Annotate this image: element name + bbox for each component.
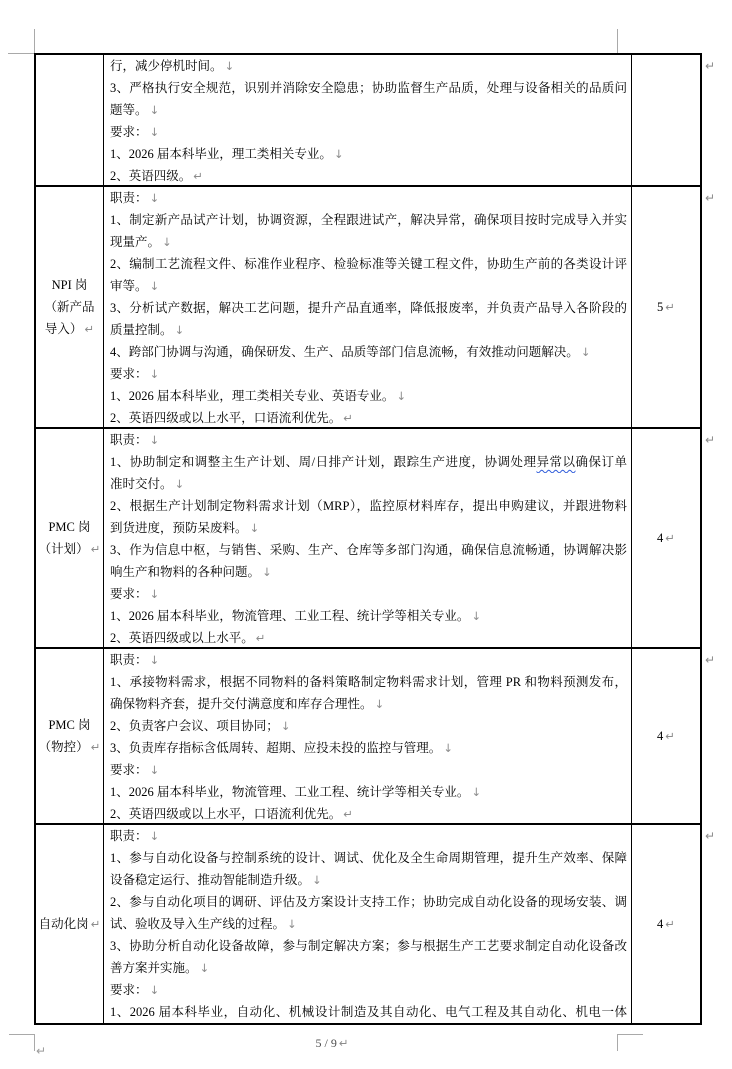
description-cell: 职责：↓1、承接物料需求，根据不同物料的备料策略制定物料需求计划，管理 PR 和…: [104, 649, 632, 823]
content-line: 1、2026 届本科毕业，物流管理、工业工程、统计学等相关专业。↓: [110, 781, 627, 803]
crop-mark-top-left-vertical: [34, 29, 35, 53]
line-break-icon: ↓: [581, 345, 591, 359]
content-line: 行，减少停机时间。↓: [110, 55, 627, 77]
line-break-icon: ↓: [150, 191, 160, 205]
table-row: PMC 岗（物控）↵职责：↓1、承接物料需求，根据不同物料的备料策略制定物料需求…: [36, 649, 700, 825]
crop-mark-bottom-right-horizontal: [617, 1034, 643, 1035]
position-label-line: PMC 岗: [48, 516, 90, 538]
content-line: 职责：↓: [110, 825, 627, 847]
content-line: 1、参与自动化设备与控制系统的设计、调试、优化及全生命周期管理，提升生产效率、保…: [110, 847, 627, 869]
crop-mark-top-right-vertical: [617, 29, 618, 53]
content-line: 职责：↓: [110, 649, 627, 671]
position-label-line: NPI 岗: [52, 274, 88, 296]
content-line: 3、作为信息中枢，与销售、采购、生产、仓库等多部门沟通，确保信息流畅通，协调解决…: [110, 539, 627, 561]
cell-end-icon: ↵: [343, 411, 353, 425]
cell-end-icon: ↵: [665, 296, 675, 318]
content-line: 要求：↓: [110, 583, 627, 605]
position-label-line: PMC 岗: [48, 714, 90, 736]
content-text: 1、协助制定和调整主生产计划、周/日排产计划，跟踪生产进度，协调处理: [110, 455, 537, 469]
content-line: 3、负责库存指标含低周转、超期、应投未投的监控与管理。↓: [110, 737, 627, 759]
job-table: 行，减少停机时间。↓3、严格执行安全规范，识别并消除安全隐患；协助监督生产品质，…: [34, 53, 702, 1025]
line-break-icon: ↓: [150, 125, 160, 139]
content-line: 3、协助分析自动化设备故障，参与制定解决方案；参与根据生产工艺要求制定自动化设备…: [110, 935, 627, 957]
table-row: NPI 岗（新产品导入）↵职责：↓1、制定新产品试产计划，协调资源，全程跟进试产…: [36, 187, 700, 429]
row-end-icon: ↵: [705, 58, 715, 74]
headcount-cell: 4↵: [632, 825, 700, 1023]
content-line: 职责：↓: [110, 429, 627, 451]
line-break-icon: ↓: [443, 741, 453, 755]
crop-mark-top-left-horizontal: [8, 53, 34, 54]
page-footer: 5 / 9↵: [36, 1036, 628, 1051]
line-break-icon: ↓: [150, 433, 160, 447]
position-label-cell: 自动化岗↵: [36, 825, 104, 1023]
cell-end-icon: ↵: [256, 631, 266, 645]
headcount-value: 4: [657, 725, 663, 747]
position-label-cell: NPI 岗（新产品导入）↵: [36, 187, 104, 427]
line-break-icon: ↓: [281, 719, 291, 733]
line-break-icon: ↓: [396, 389, 406, 403]
cell-end-icon: ↵: [193, 169, 203, 183]
content-line: 响生产和物料的各种问题。↓: [110, 561, 627, 583]
content-line: 善方案并实施。↓: [110, 957, 627, 979]
spellcheck-squiggle-text: 异常以: [537, 455, 576, 469]
cell-end-icon: ↵: [91, 740, 101, 754]
content-line: 2、编制工艺流程文件、标准作业程序、检验标准等关键工程文件，协助生产前的各类设计…: [110, 253, 627, 275]
content-line: 1、承接物料需求，根据不同物料的备料策略制定物料需求计划，管理 PR 和物料预测…: [110, 671, 627, 693]
position-label-cell: PMC 岗（计划）↵: [36, 429, 104, 647]
row-end-icon: ↵: [705, 432, 715, 448]
line-break-icon: ↓: [471, 785, 481, 799]
cell-end-icon: ↵: [91, 917, 101, 931]
description-cell: 职责：↓1、协助制定和调整主生产计划、周/日排产计划，跟踪生产进度，协调处理异常…: [104, 429, 632, 647]
crop-mark-bottom-left-horizontal: [9, 1034, 35, 1035]
position-label-line: 导入）↵: [45, 318, 94, 340]
cell-end-icon: ↵: [665, 913, 675, 935]
content-line: 1、制定新产品试产计划，协调资源，全程跟进试产，解决异常，确保项目按时完成导入并…: [110, 209, 627, 231]
cell-end-icon: ↵: [84, 322, 94, 336]
line-break-icon: ↓: [287, 917, 297, 931]
line-break-icon: ↓: [175, 323, 185, 337]
table-row: 自动化岗↵职责：↓1、参与自动化设备与控制系统的设计、调试、优化及全生命周期管理…: [36, 825, 700, 1023]
content-line: 确保物料齐套，提升交付满意度和库存合理性。↓: [110, 693, 627, 715]
cell-end-icon: ↵: [91, 542, 101, 556]
position-label-cell: PMC 岗（物控）↵: [36, 649, 104, 823]
line-break-icon: ↓: [312, 873, 322, 887]
line-break-icon: ↓: [162, 235, 172, 249]
content-line: 设备稳定运行、推动智能制造升级。↓: [110, 869, 627, 891]
content-line: 3、严格执行安全规范，识别并消除安全隐患；协助监督生产品质，处理与设备相关的品质…: [110, 77, 627, 99]
headcount-value: 4: [657, 913, 663, 935]
line-break-icon: ↓: [150, 763, 160, 777]
line-break-icon: ↓: [150, 587, 160, 601]
table-row: PMC 岗（计划）↵职责：↓1、协助制定和调整主生产计划、周/日排产计划，跟踪生…: [36, 429, 700, 649]
content-line: 质量控制。↓: [110, 319, 627, 341]
line-break-icon: ↓: [150, 367, 160, 381]
headcount-value: 4: [657, 527, 663, 549]
row-end-icon: ↵: [705, 828, 715, 844]
position-label-cell: [36, 55, 104, 185]
content-line: 2、英语四级。↵: [110, 165, 627, 185]
position-label-line: （物控）↵: [39, 736, 101, 758]
content-line: 要求：↓: [110, 979, 627, 1001]
line-break-icon: ↓: [471, 609, 481, 623]
headcount-cell: 5↵: [632, 187, 700, 427]
content-line: 现量产。↓: [110, 231, 627, 253]
headcount-cell: [632, 55, 700, 185]
content-line: 1、2026 届本科毕业，物流管理、工业工程、统计学等相关专业。↓: [110, 605, 627, 627]
description-cell: 行，减少停机时间。↓3、严格执行安全规范，识别并消除安全隐患；协助监督生产品质，…: [104, 55, 632, 185]
content-line: 3、分析试产数据，解决工艺问题，提升产品直通率，降低报废率，并负责产品导入各阶段…: [110, 297, 627, 319]
cell-end-icon: ↵: [665, 725, 675, 747]
content-line: 试、验收及导入生产线的过程。↓: [110, 913, 627, 935]
content-line: 2、英语四级或以上水平，口语流利优先。↵: [110, 407, 627, 427]
content-line: 1、2026 届本科毕业，自动化、机械设计制造及其自动化、电气工程及其自动化、机…: [110, 1001, 627, 1023]
line-break-icon: ↓: [250, 521, 260, 535]
content-line: 4、跨部门协调与沟通，确保研发、生产、品质等部门信息流畅，有效推动问题解决。↓: [110, 341, 627, 363]
content-line: 到货进度，预防呆废料。↓: [110, 517, 627, 539]
line-break-icon: ↓: [150, 983, 160, 997]
line-break-icon: ↓: [375, 697, 385, 711]
content-line: 要求：↓: [110, 363, 627, 385]
line-break-icon: ↓: [175, 477, 185, 491]
content-line: 准时交付。↓: [110, 473, 627, 495]
position-label-line: 自动化岗↵: [39, 913, 101, 935]
paragraph-end-icon: ↵: [339, 1036, 349, 1050]
headcount-cell: 4↵: [632, 649, 700, 823]
line-break-icon: ↓: [200, 961, 210, 975]
line-break-icon: ↓: [150, 103, 160, 117]
content-line: 职责：↓: [110, 187, 627, 209]
content-line: 1、协助制定和调整主生产计划、周/日排产计划，跟踪生产进度，协调处理异常以确保订…: [110, 451, 627, 473]
content-line: 审等。↓: [110, 275, 627, 297]
description-cell: 职责：↓1、参与自动化设备与控制系统的设计、调试、优化及全生命周期管理，提升生产…: [104, 825, 632, 1023]
content-line: 要求：↓: [110, 121, 627, 143]
line-break-icon: ↓: [334, 147, 344, 161]
line-break-icon: ↓: [225, 59, 235, 73]
crop-mark-bottom-left-vertical: [34, 1034, 35, 1051]
content-line: 要求：↓: [110, 759, 627, 781]
position-label-line: （计划）↵: [39, 538, 101, 560]
document-page: 行，减少停机时间。↓3、严格执行安全规范，识别并消除安全隐患；协助监督生产品质，…: [0, 0, 732, 1069]
cell-end-icon: ↵: [343, 807, 353, 821]
line-break-icon: ↓: [150, 653, 160, 667]
table-row: 行，减少停机时间。↓3、严格执行安全规范，识别并消除安全隐患；协助监督生产品质，…: [36, 55, 700, 187]
content-line: 2、根据生产计划制定物料需求计划（MRP），监控原材料库存，提出申购建议，并跟进…: [110, 495, 627, 517]
description-cell: 职责：↓1、制定新产品试产计划，协调资源，全程跟进试产，解决异常，确保项目按时完…: [104, 187, 632, 427]
line-break-icon: ↓: [150, 279, 160, 293]
headcount-value: 5: [657, 296, 663, 318]
content-line: 2、参与自动化项目的调研、评估及方案设计支持工作；协助完成自动化设备的现场安装、…: [110, 891, 627, 913]
page-number: 5 / 9: [316, 1036, 337, 1050]
content-text: 确保订单: [575, 455, 626, 469]
headcount-cell: 4↵: [632, 429, 700, 647]
content-line: 2、英语四级或以上水平。↵: [110, 627, 627, 647]
line-break-icon: ↓: [262, 565, 272, 579]
row-end-icon: ↵: [705, 190, 715, 206]
row-end-icon: ↵: [705, 652, 715, 668]
content-line: 1、2026 届本科毕业，理工类相关专业、英语专业。↓: [110, 385, 627, 407]
content-line: 1、2026 届本科毕业，理工类相关专业。↓: [110, 143, 627, 165]
cell-end-icon: ↵: [665, 527, 675, 549]
line-break-icon: ↓: [150, 829, 160, 843]
content-line: 2、英语四级或以上水平，口语流利优先。↵: [110, 803, 627, 823]
content-line: 题等。↓: [110, 99, 627, 121]
content-line: 2、负责客户会议、项目协同；↓: [110, 715, 627, 737]
position-label-line: （新产品: [44, 296, 94, 318]
